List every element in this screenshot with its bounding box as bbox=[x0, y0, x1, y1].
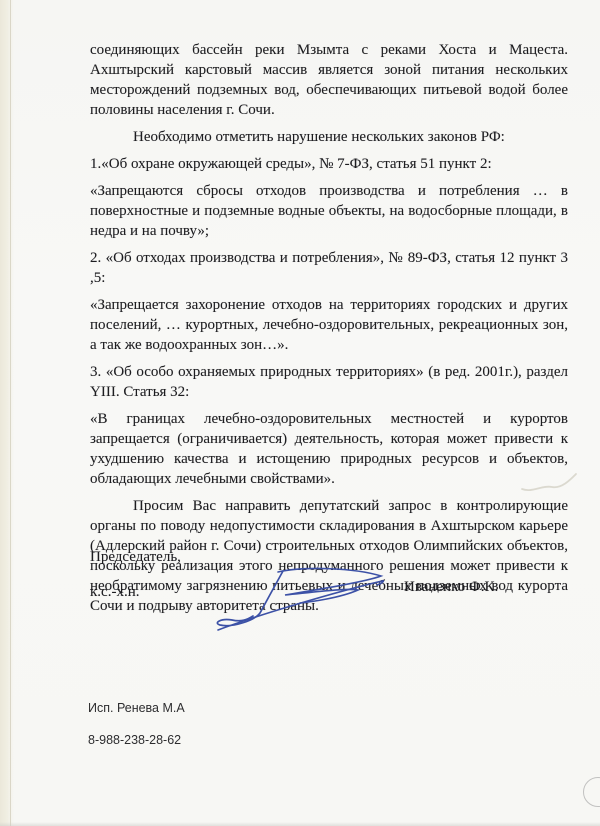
letter-body: соединяющих бассейн реки Мзымта с реками… bbox=[90, 40, 568, 623]
paragraph-law-2-title: 2. «Об отходах производства и потреблени… bbox=[90, 248, 568, 288]
paragraph-laws-intro: Необходимо отметить нарушение нескольких… bbox=[90, 127, 568, 147]
paragraph-intro: соединяющих бассейн реки Мзымта с реками… bbox=[90, 40, 568, 120]
paper-crease-mark bbox=[518, 470, 580, 496]
scan-edge-left bbox=[0, 0, 14, 826]
scan-edge-bottom bbox=[0, 822, 600, 826]
paragraph-law-1-quote: «Запрещаются сбросы отходов производства… bbox=[90, 181, 568, 241]
signature-scribble bbox=[205, 562, 387, 636]
paragraph-law-3-quote: «В границах лечебно-оздоровительных мест… bbox=[90, 409, 568, 489]
paragraph-law-1-title: 1.«Об охране окружающей среды», № 7-ФЗ, … bbox=[90, 154, 568, 174]
scanned-letter-page: соединяющих бассейн реки Мзымта с реками… bbox=[0, 0, 600, 826]
signer-name: Иваненко Ф.К. bbox=[404, 579, 498, 596]
paragraph-law-3-title: 3. «Об особо охраняемых природных террит… bbox=[90, 362, 568, 402]
paragraph-law-2-quote: «Запрещается захоронение отходов на терр… bbox=[90, 295, 568, 355]
executor-phone: 8-988-238-28-62 bbox=[88, 733, 181, 747]
executor-line: Исп. Ренева М.А bbox=[88, 701, 185, 715]
closing-title: Председатель, bbox=[90, 549, 181, 566]
punch-circle-mark bbox=[583, 777, 600, 807]
scan-edge-left-line bbox=[10, 0, 11, 826]
closing-degree: к.с.-х.н. bbox=[90, 584, 139, 601]
